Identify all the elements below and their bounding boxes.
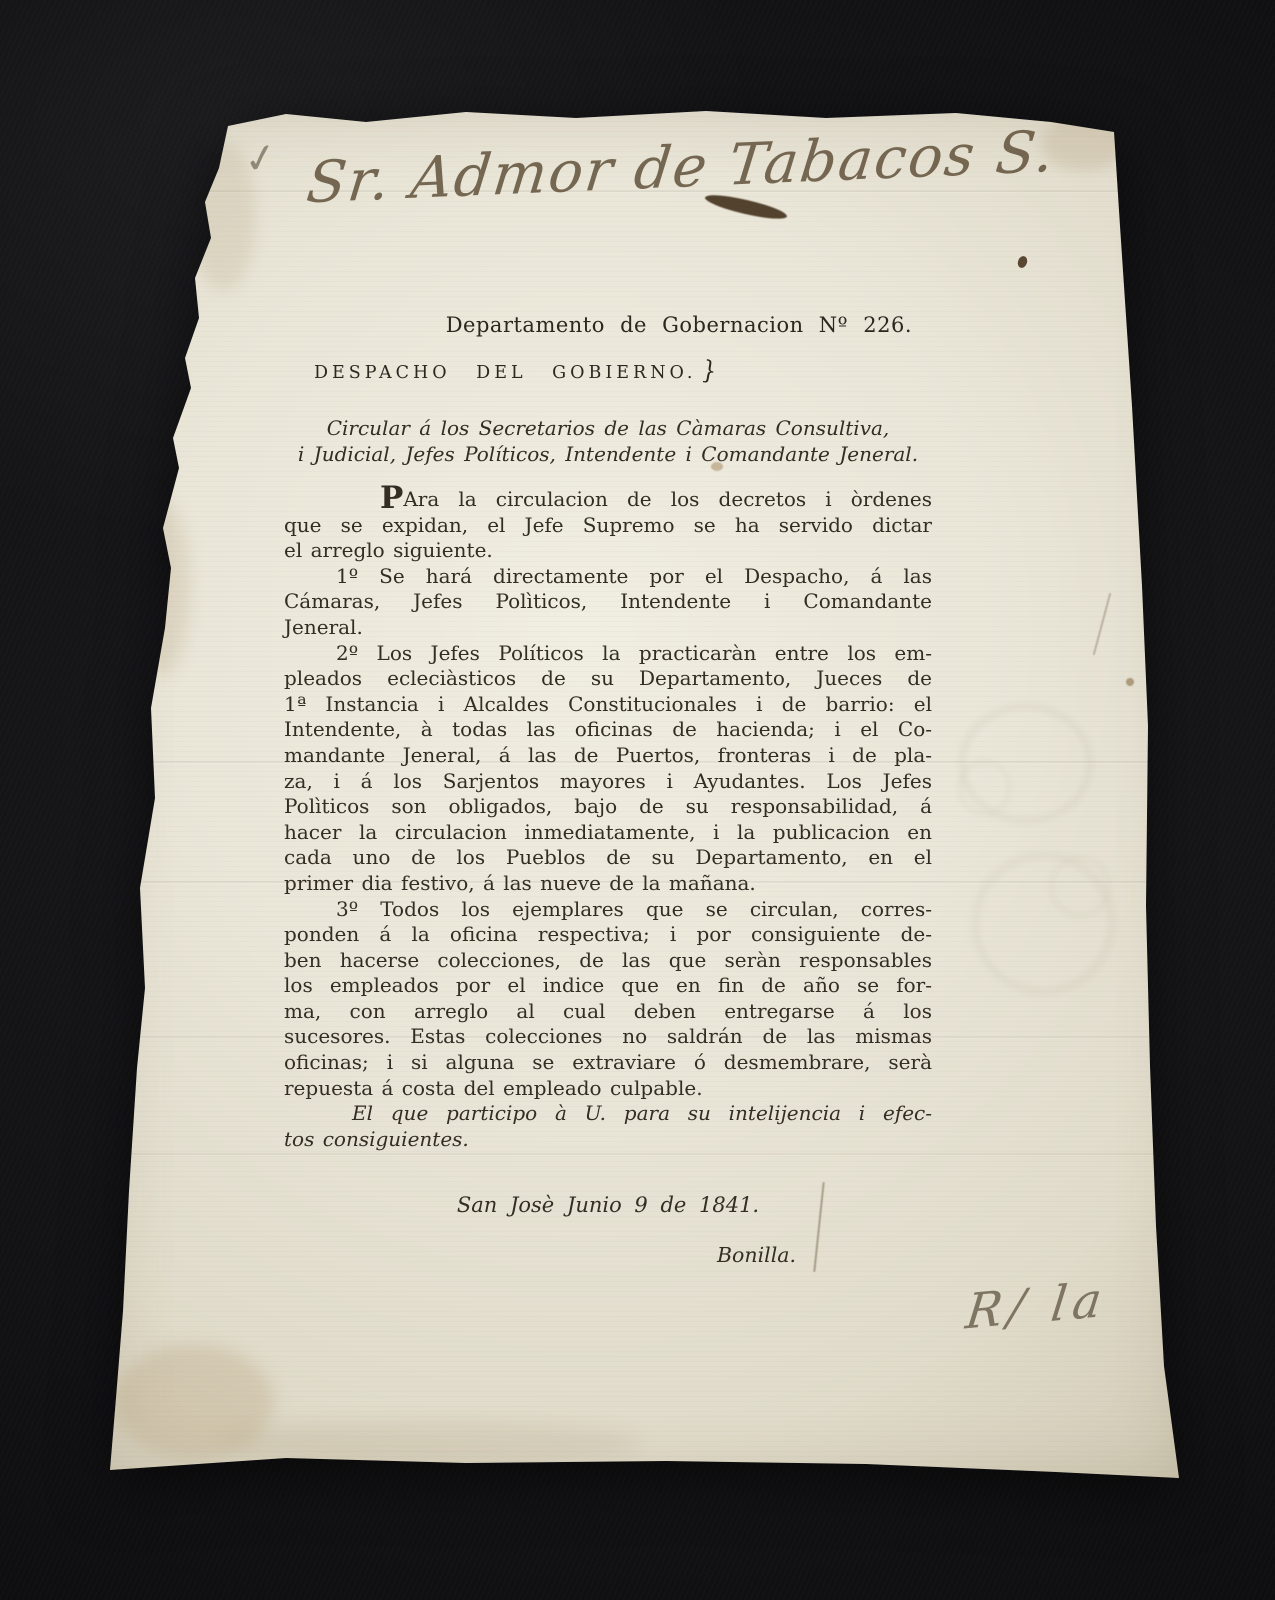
body-line: sucesores. Estas colecciones no saldrán … xyxy=(284,1024,932,1050)
body-line: que se expidan, el Jefe Supremo se ha se… xyxy=(284,513,932,539)
office-line: DESPACHO DEL GOBIERNO.} xyxy=(284,360,932,385)
paragraph: 1º Se hará directamente por el Despacho,… xyxy=(284,564,932,641)
body-line: El que participo à U. para su intelijenc… xyxy=(284,1101,932,1127)
body-line: hacer la circulacion inmediatamente, i l… xyxy=(284,820,932,846)
paragraph: 2º Los Jefes Políticos la practicaràn en… xyxy=(284,641,932,897)
body-line: tos consiguientes. xyxy=(284,1127,932,1153)
checkmark-mark: ✓ xyxy=(240,133,281,184)
body-line: Intendente, à todas las oficinas de haci… xyxy=(284,717,932,743)
body-line: 3º Todos los ejemplares que se circulan,… xyxy=(284,897,932,923)
stain xyxy=(1016,255,1029,269)
circular-heading-line-2: i Judicial, Jefes Políticos, Intendente … xyxy=(284,441,932,467)
body-line: ma, con arreglo al cual deben entregarse… xyxy=(284,999,932,1025)
body-line: el arreglo siguiente. xyxy=(284,538,932,564)
signature: Bonilla. xyxy=(284,1242,932,1268)
body-line: ben hacerse colecciones, de las que serà… xyxy=(284,948,932,974)
office-label: DESPACHO DEL GOBIERNO. xyxy=(314,363,696,383)
department-line: Departamento de Gobernacion Nº 226. xyxy=(284,312,932,339)
body-line: ponden á la oficina respectiva; i por co… xyxy=(284,922,932,948)
paragraph: El que participo à U. para su intelijenc… xyxy=(284,1101,932,1152)
body-line: cada uno de los Pueblos de su Departamen… xyxy=(284,845,932,871)
stain xyxy=(114,1344,274,1459)
body-line: Jeneral. xyxy=(284,615,932,641)
paper-wrap: ✓ Sr. Admor de Tabacos S. Departamento d… xyxy=(106,106,1184,1482)
body-line: oficinas; i si alguna se extraviare ó de… xyxy=(284,1050,932,1076)
photo-background: { "colors": { "backdrop": "#121214", "pa… xyxy=(0,0,1275,1600)
stain xyxy=(221,1421,641,1466)
pencil-note: R/ la xyxy=(963,1271,1111,1340)
body-line: mandante Jeneral, á las de Puertos, fron… xyxy=(284,743,932,769)
body-line: za, i á los Sarjentos mayores i Ayudante… xyxy=(284,769,932,795)
document-page: ✓ Sr. Admor de Tabacos S. Departamento d… xyxy=(106,106,1184,1482)
body-line: 1º Se hará directamente por el Despacho,… xyxy=(284,564,932,590)
embossed-watermark xyxy=(911,661,1141,866)
body-line: 2º Los Jefes Políticos la practicaràn en… xyxy=(284,641,932,667)
body-line: Polìticos son obligados, bajo de su resp… xyxy=(284,794,932,820)
stain xyxy=(1126,678,1134,686)
circular-heading: Circular á los Secretarios de las Càmara… xyxy=(284,415,932,467)
circular-heading-line-1: Circular á los Secretarios de las Càmara… xyxy=(284,415,932,441)
body-paragraphs: PAra la circulacion de los decretos i òr… xyxy=(284,487,932,1152)
paragraph: 3º Todos los ejemplares que se circulan,… xyxy=(284,897,932,1102)
stain xyxy=(132,501,190,676)
paragraph: PAra la circulacion de los decretos i òr… xyxy=(284,487,932,564)
office-bracket: } xyxy=(700,357,719,387)
scratch-mark xyxy=(1093,593,1111,655)
body-line: Cámaras, Jefes Polìticos, Intendente i C… xyxy=(284,589,932,615)
embossed-watermark xyxy=(921,801,1166,1046)
body-line: 1ª Instancia i Alcaldes Constitucionales… xyxy=(284,692,932,718)
date-line: San Josè Junio 9 de 1841. xyxy=(284,1192,932,1219)
dropcap-initial: P xyxy=(380,480,403,516)
body-line: los empleados por el indice que en fin d… xyxy=(284,973,932,999)
printed-text-column: Departamento de Gobernacion Nº 226. DESP… xyxy=(284,106,932,1268)
body-line: primer dia festivo, á las nueve de la ma… xyxy=(284,871,932,897)
body-line: repuesta á costa del empleado culpable. xyxy=(284,1076,932,1102)
body-line: PAra la circulacion de los decretos i òr… xyxy=(284,487,932,513)
body-line: pleados ecleciàsticos de su Departamento… xyxy=(284,666,932,692)
